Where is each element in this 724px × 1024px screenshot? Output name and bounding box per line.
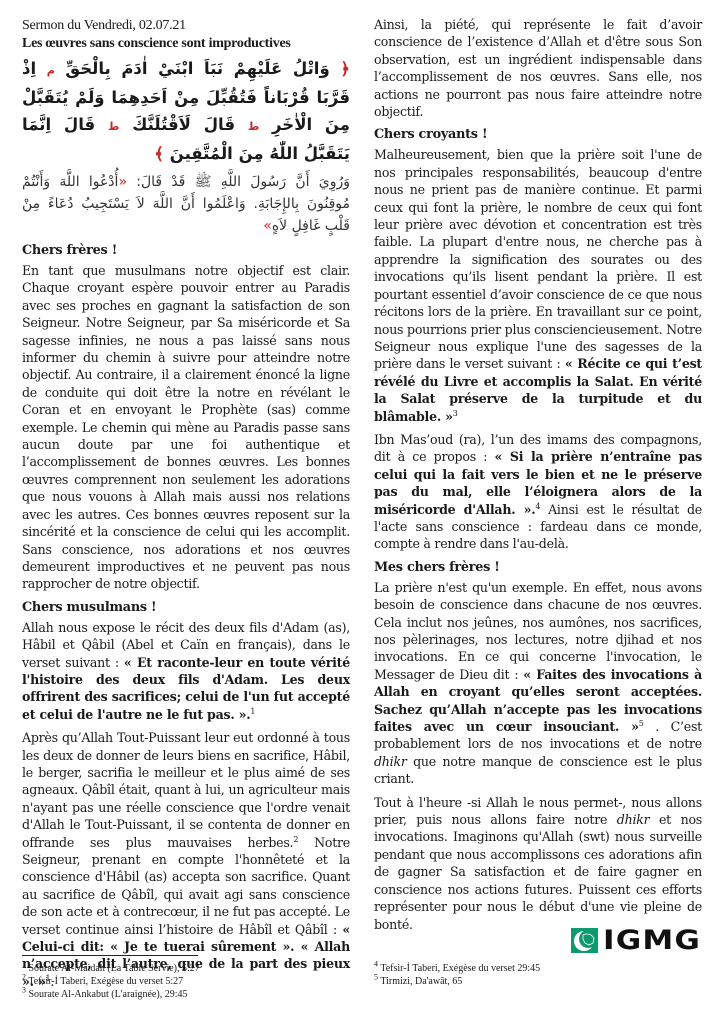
quran-open-ornament-icon: ﴿ xyxy=(340,59,350,78)
footnote-ref[interactable]: 3 xyxy=(453,408,458,417)
right-column: Ainsi, la piété, qui représente le fait … xyxy=(374,16,702,939)
footnote-ref[interactable]: 1 xyxy=(250,707,255,716)
paragraph: Allah nous expose le récit des deux fils… xyxy=(22,619,350,723)
section-heading: Chers musulmans ! xyxy=(22,599,350,617)
crescent-map-icon xyxy=(571,928,598,953)
paragraph-text: Malheureusement, bien que la prière soit… xyxy=(374,147,702,371)
paragraph: La prière n'est qu'un exemple. En effet,… xyxy=(374,579,702,788)
section-heading: Chers frères ! xyxy=(22,242,350,260)
quran-verse-arabic: ﴿ وَاتْلُ عَلَيْهِمْ نَبَاَ ابْنَيْ اٰدَ… xyxy=(22,55,350,167)
footnote-number: 4 xyxy=(374,960,378,969)
footnote-item: 5 Tirmizi, Da'awât, 65 xyxy=(374,975,540,988)
footnote-item: 2 Tefsir-İ Taberi, Exégèse du verset 5:2… xyxy=(22,975,200,988)
footnotes-right: 4 Tefsir-İ Taberi, Exégèse du verset 29:… xyxy=(374,962,540,988)
footnote-text: Tefsir-İ Taberi, Exégèse du verset 29:45 xyxy=(380,963,540,974)
paragraph: Après qu’Allah Tout-Puissant leur eut or… xyxy=(22,729,350,990)
section-heading: Chers croyants ! xyxy=(374,126,702,144)
footnote-number: 3 xyxy=(22,986,26,995)
section-heading: Mes chers frères ! xyxy=(374,559,702,577)
footnote-divider xyxy=(22,955,198,956)
footnotes-left: 1 Sourate Al-Maidah (La Table Servie), 5… xyxy=(22,962,200,1001)
paragraph: Tout à l'heure -si Allah le nous permet-… xyxy=(374,794,702,933)
paragraph: Ibn Mas’oud (ra), l’un des imams des com… xyxy=(374,431,702,553)
sermon-subtitle: Les œuvres sans conscience sont improduc… xyxy=(22,35,350,53)
logo-wordmark: IGMG xyxy=(603,928,701,953)
sermon-date-title: Sermon du Vendredi, 02.07.21 xyxy=(22,17,350,35)
paragraph: Ainsi, la piété, qui représente le fait … xyxy=(374,16,702,120)
quote-mark-icon: « xyxy=(118,174,127,190)
waqf-mark-icon: ط xyxy=(108,120,119,133)
italic-term: dhikr xyxy=(374,754,407,769)
waqf-mark-icon: م xyxy=(47,64,55,77)
quote-mark-icon: » xyxy=(263,218,272,234)
footnote-item: 3 Sourate Al-Ankabut (L'araignée), 29:45 xyxy=(22,988,200,1001)
hadith-intro: وَرُوِيَ أَنَّ رَسُولَ اللَّهِ ﷺ قَدْ قَ… xyxy=(136,174,350,190)
paragraph-text: et nos invocations. Imaginons qu'Allah (… xyxy=(374,812,702,931)
paragraph: Malheureusement, bien que la prière soit… xyxy=(374,146,702,425)
waqf-mark-icon: ط xyxy=(248,120,259,133)
igmg-logo: IGMG xyxy=(571,928,702,953)
paragraph-text: que notre manque de conscience est le pl… xyxy=(374,754,702,786)
italic-term: dhikr xyxy=(617,812,650,827)
footnote-number: 5 xyxy=(374,973,378,982)
verse-part: قَالَ لَاَقْتُلَنَّكَ xyxy=(132,115,235,134)
verse-part: وَاتْلُ عَلَيْهِمْ نَبَاَ ابْنَيْ اٰدَمَ… xyxy=(65,59,329,78)
hadith-arabic: وَرُوِيَ أَنَّ رَسُولَ اللَّهِ ﷺ قَدْ قَ… xyxy=(22,171,350,237)
footnote-item: 4 Tefsir-İ Taberi, Exégèse du verset 29:… xyxy=(374,962,540,975)
footnote-item: 1 Sourate Al-Maidah (La Table Servie), 5… xyxy=(22,962,200,975)
footnote-text: Tirmizi, Da'awât, 65 xyxy=(380,976,462,987)
paragraph-text: Après qu’Allah Tout-Puissant leur eut or… xyxy=(22,730,350,849)
quran-close-ornament-icon: ﴾ xyxy=(154,144,164,163)
left-column: Sermon du Vendredi, 02.07.21 Les œuvres … xyxy=(22,0,350,996)
footnote-text: Sourate Al-Maidah (La Table Servie), 5:2… xyxy=(29,963,200,974)
footnote-number: 2 xyxy=(22,973,26,982)
footnote-text: Sourate Al-Ankabut (L'araignée), 29:45 xyxy=(29,989,188,1000)
paragraph: En tant que musulmans notre objectif est… xyxy=(22,262,350,593)
footnote-text: Tefsir-İ Taberi, Exégèse du verset 5:27 xyxy=(28,976,183,987)
footnote-number: 1 xyxy=(22,960,26,969)
